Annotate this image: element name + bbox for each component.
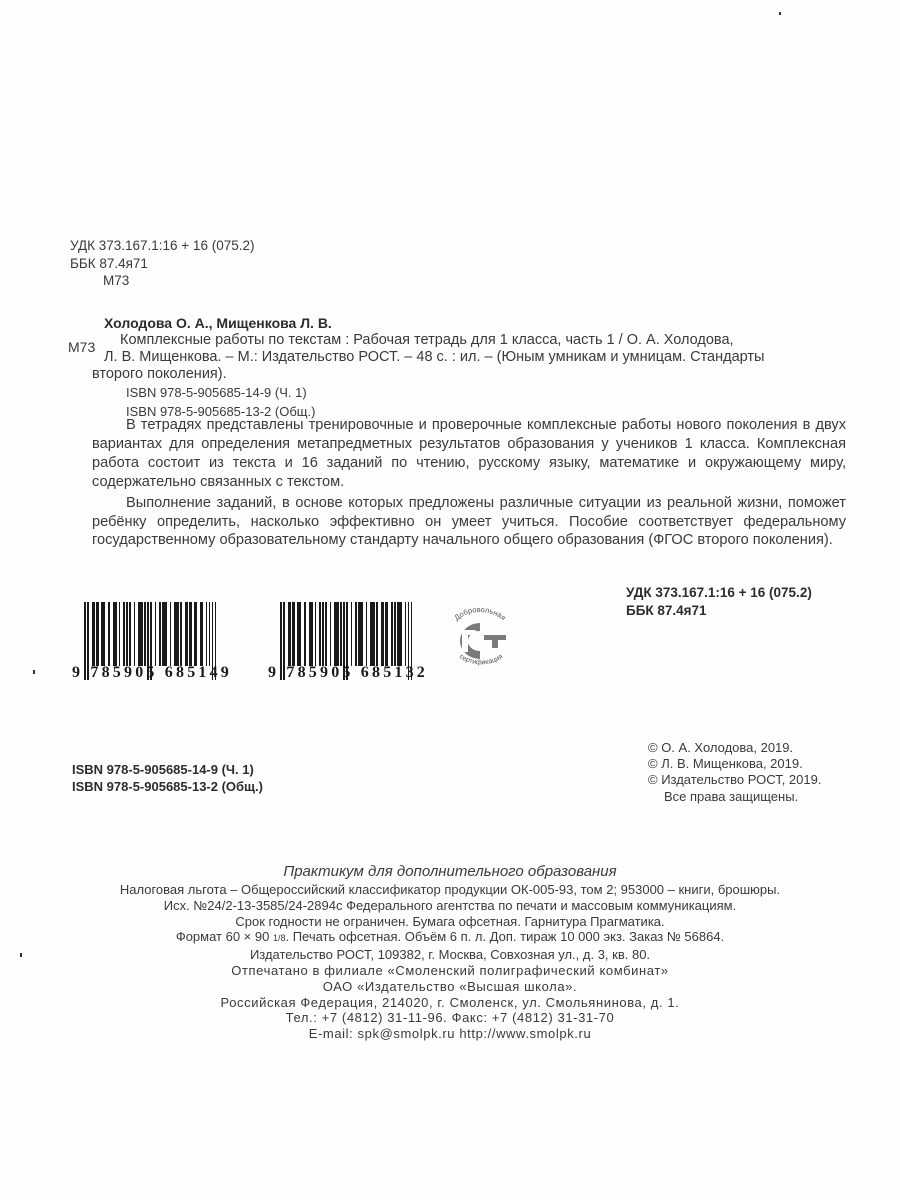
certification-mark-icon: Добровольная сертификация — [440, 606, 520, 672]
udk-code-right: УДК 373.167.1:16 + 16 (075.2) — [626, 584, 812, 602]
barcode-digits: 9 785905 685132 — [268, 664, 428, 682]
bib-line-2: Л. В. Мищенкова. – М.: Издательство РОСТ… — [92, 349, 862, 366]
copyright-block: © О. А. Холодова, 2019. © Л. В. Мищенков… — [648, 740, 821, 805]
agency-reference: Исх. №24/2-13-3585/24-2894с Федерального… — [0, 898, 900, 914]
printer-contacts: E-mail: spk@smolpk.ru http://www.smolpk.… — [0, 1026, 900, 1042]
barcode-general: 9 785905 685132 — [268, 602, 428, 684]
isbn-bottom: ISBN 978-5-905685-14-9 (Ч. 1) ISBN 978-5… — [72, 761, 263, 795]
authors-heading: Холодова О. А., Мищенкова Л. В. — [104, 315, 332, 331]
printer-address: Российская Федерация, 214020, г. Смоленс… — [0, 995, 900, 1011]
bbk-code: ББК 87.4я71 — [70, 255, 254, 273]
annotation-paragraph-1: В тетрадях представлены тренировочные и … — [92, 416, 846, 492]
publisher-address: Издательство РОСТ, 109382, г. Москва, Со… — [0, 947, 900, 963]
copyright-publisher: © Издательство РОСТ, 2019. — [648, 772, 821, 788]
author-mark: М73 — [70, 272, 254, 290]
isbn-part1: ISBN 978-5-905685-14-9 (Ч. 1) — [92, 383, 862, 402]
annotation: В тетрадях представлены тренировочные и … — [92, 416, 846, 550]
shelf-life: Срок годности не ограничен. Бумага офсет… — [0, 914, 900, 930]
printed-at: Отпечатано в филиале «Смоленский полигра… — [0, 963, 900, 979]
cert-top-text: Добровольная — [452, 606, 507, 622]
udk-block-top: УДК 373.167.1:16 + 16 (075.2) ББК 87.4я7… — [70, 237, 254, 290]
scan-speck — [779, 12, 781, 15]
udk-block-right: УДК 373.167.1:16 + 16 (075.2) ББК 87.4я7… — [626, 584, 812, 620]
scan-speck — [20, 953, 22, 957]
printer-name: ОАО «Издательство «Высшая школа». — [0, 979, 900, 995]
format-fraction: 1/8 — [273, 933, 286, 943]
tax-benefit: Налоговая льгота – Общероссийский класси… — [0, 882, 900, 898]
bibliographic-record: Комплексные работы по текстам : Рабочая … — [92, 332, 862, 421]
format-line: Формат 60 × 90 1/8. Печать офсетная. Объ… — [0, 929, 900, 947]
isbn-part1-bold: ISBN 978-5-905685-14-9 (Ч. 1) — [72, 761, 263, 778]
scan-speck — [33, 670, 35, 674]
barcode-part1: 9 785905 685149 — [72, 602, 232, 684]
svg-text:сертификация: сертификация — [458, 653, 505, 666]
annotation-paragraph-2: Выполнение заданий, в основе которых пре… — [92, 494, 846, 551]
udk-code: УДК 373.167.1:16 + 16 (075.2) — [70, 237, 254, 255]
copyright-author-2: © Л. В. Мищенкова, 2019. — [648, 756, 821, 772]
printer-phones: Тел.: +7 (4812) 31-11-96. Факс: +7 (4812… — [0, 1010, 900, 1026]
bbk-code-right: ББК 87.4я71 — [626, 602, 812, 620]
isbn-general-bold: ISBN 978-5-905685-13-2 (Общ.) — [72, 778, 263, 795]
copyright-author-1: © О. А. Холодова, 2019. — [648, 740, 821, 756]
bib-line-1: Комплексные работы по текстам : Рабочая … — [92, 332, 862, 349]
bib-line-3: второго поколения). — [92, 366, 862, 383]
imprint: Практикум для дополнительного образовани… — [0, 862, 900, 1042]
series-title: Практикум для дополнительного образовани… — [0, 862, 900, 881]
barcode-digits: 9 785905 685149 — [72, 664, 232, 682]
cert-bottom-text: сертификация — [458, 653, 505, 666]
rights-reserved: Все права защищены. — [648, 789, 821, 805]
svg-text:Добровольная: Добровольная — [452, 606, 507, 622]
